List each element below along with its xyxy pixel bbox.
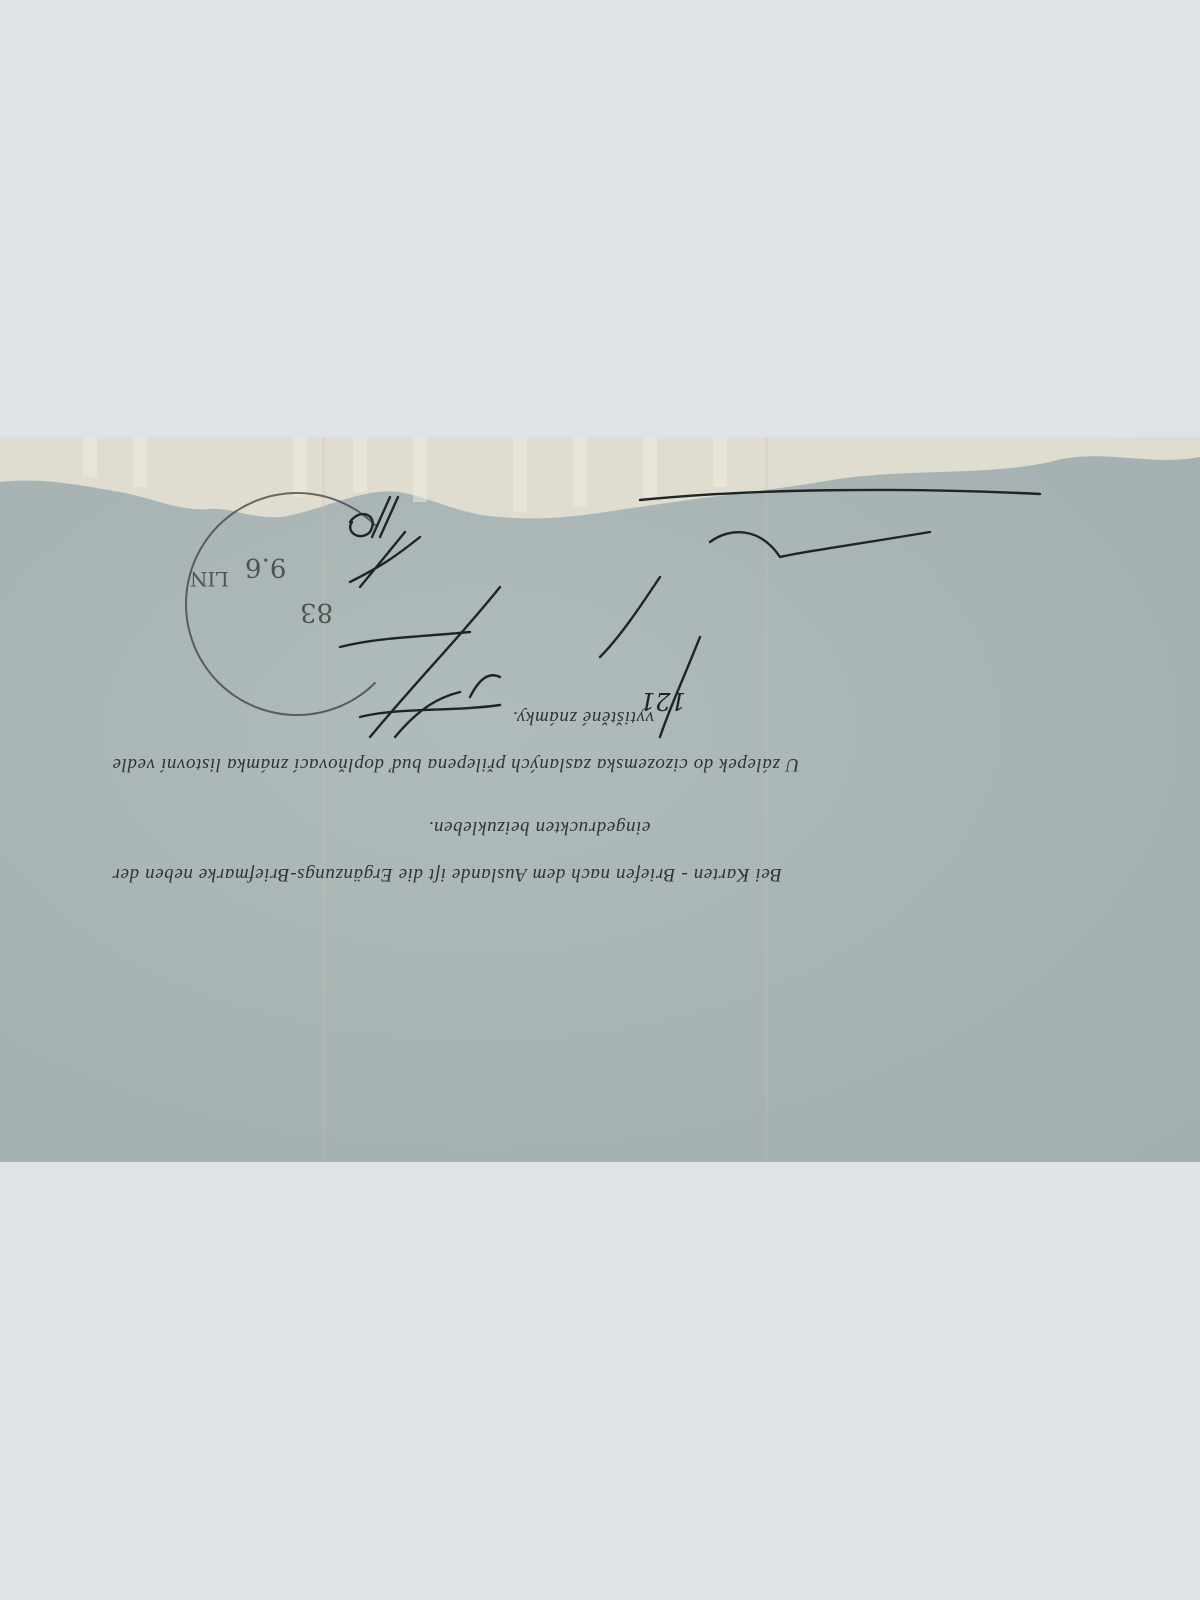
printed-instructions: Bei Karten - Briefen nach dem Auslande i… [0, 437, 1200, 1162]
czech-line-2: vytištěné známky. [512, 706, 654, 728]
german-line-1: Bei Karten - Briefen nach dem Auslande i… [112, 863, 782, 885]
czech-line-1: U zálepek do cizozemska zaslaných přilep… [112, 753, 799, 775]
letter-card: 9.6 83 LIN 121 Bei Karten - Briefen nach… [0, 437, 1200, 1162]
german-line-2: eingedruckten beizukleben. [428, 816, 650, 838]
